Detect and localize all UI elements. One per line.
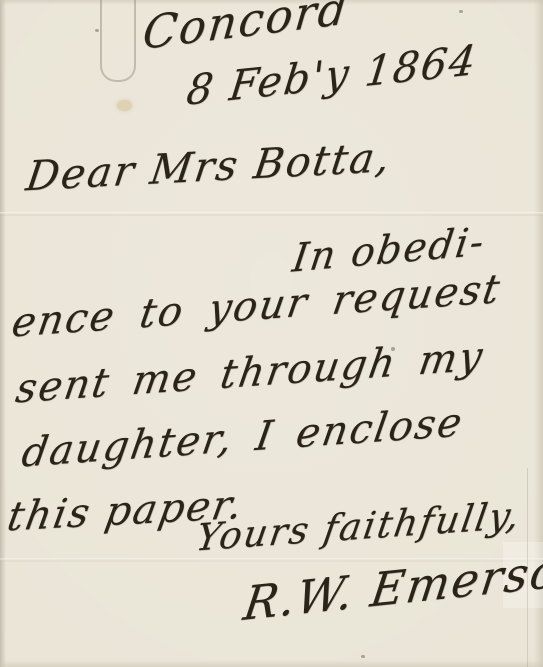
- letter-body-line-3: sent me through my: [13, 333, 488, 412]
- stain-mark: [117, 100, 132, 111]
- paper-edge-bottom: [0, 660, 543, 667]
- paper-speck: [459, 10, 463, 13]
- letter-signature: R.W. Emerson: [240, 540, 543, 632]
- letter-page: Concord 8 Feb'y 1864 Dear Mrs Botta, In …: [0, 0, 543, 667]
- paperclip-impression-mark: [100, 0, 136, 82]
- paper-edge-left: [0, 0, 6, 667]
- letter-place-line: Concord: [140, 0, 351, 60]
- letter-salutation: Dear Mrs Botta,: [23, 133, 394, 201]
- letter-body-line-4: daughter, I enclose: [19, 399, 467, 476]
- crease-line-upper: [0, 212, 543, 216]
- paper-speck: [361, 655, 365, 658]
- letter-body-line-2: ence to your request: [9, 266, 505, 347]
- paper-speck: [95, 29, 99, 32]
